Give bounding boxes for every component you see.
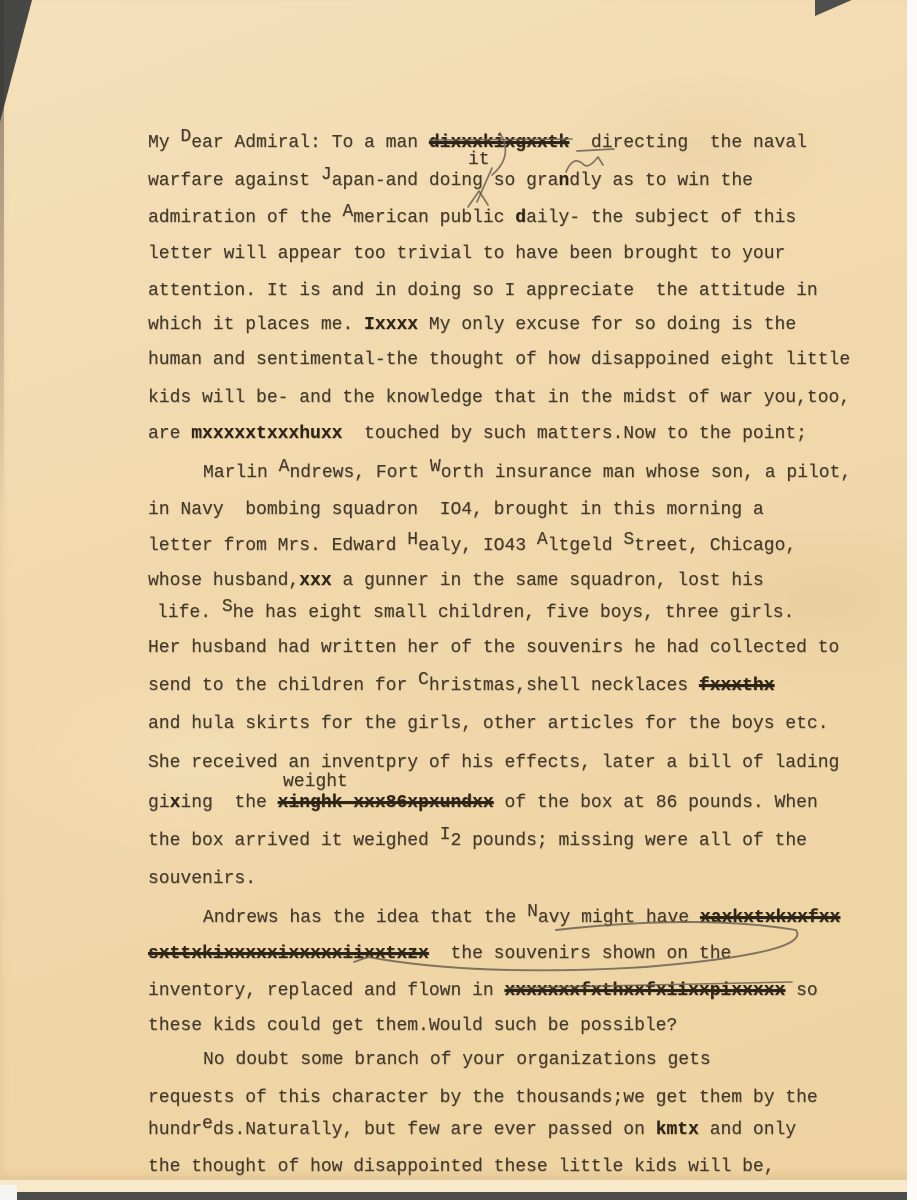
typed-line-16: send to the children for Christmas,shell… (148, 676, 775, 696)
typed-line-4: letter will appear too trivial to have b… (148, 244, 785, 264)
typed-line-23: sxttxkixxxxxixxxxxiixxtxzx the souvenirs… (148, 944, 731, 964)
typed-line-28: hundreds.Naturally, but few are ever pas… (148, 1120, 796, 1140)
typed-text: merican public (353, 208, 515, 228)
typed-text: whose husband, (148, 571, 299, 591)
typed-over-correction: n (558, 171, 569, 191)
typed-text: A (279, 457, 290, 477)
typed-text: avy might have (538, 908, 700, 928)
typed-text: the box arrived it weighed (148, 831, 440, 851)
typed-text: touched by such matters.Now to the point… (342, 424, 806, 444)
typed-text: he has eight small children, five boys, … (233, 603, 795, 623)
typed-line-29: the thought of how disappointed these li… (148, 1157, 775, 1177)
typed-text: A (342, 202, 353, 222)
typed-text: My (148, 133, 180, 153)
struck-out-text: xaxkxtxkxxfxx (700, 908, 840, 928)
typed-text: the thought of how disappointed these li… (148, 1157, 775, 1177)
typed-text: N (527, 902, 538, 922)
paper-sheet: My Dear Admiral: To a man dixxxkixgxxtk … (0, 0, 917, 1182)
typed-text: hundr (148, 1120, 202, 1140)
typed-over-correction: xxx (299, 571, 331, 591)
typed-over-correction: Ixxxx (364, 315, 418, 335)
typed-line-24: inventory, replaced and flown in xxxxxxx… (148, 981, 818, 1001)
typed-text: My only excuse for so doing is the (418, 315, 796, 335)
typed-text: send to the children for (148, 676, 418, 696)
inserted-word-it: it (468, 150, 490, 170)
typed-line-15: Her husband had written her of the souve… (148, 638, 839, 658)
typed-text: letter from Mrs. Edward (148, 536, 407, 556)
typed-text: in Navy bombing squadron IO4, brought in… (148, 500, 764, 520)
struck-out-text: dixxxkixgxxtk (429, 133, 569, 153)
typed-line-6: which it places me. Ixxxx My only excuse… (148, 315, 796, 335)
typed-text: ealy, IO43 (418, 536, 537, 556)
typed-text: No doubt some branch of your organizatio… (203, 1050, 711, 1070)
typed-text: S (623, 530, 634, 550)
typed-text: so (785, 981, 817, 1001)
typed-text: e (202, 1114, 213, 1134)
typed-text: orth insurance man whose son, a pilot, (441, 463, 851, 483)
typed-text: D (180, 127, 191, 147)
typed-text: treet, Chicago, (634, 536, 796, 556)
typed-text: souvenirs. (148, 869, 256, 889)
typed-text: Andrews has the idea that the (203, 908, 527, 928)
typed-text: dly as to win the (569, 171, 753, 191)
typed-line-20: the box arrived it weighed I2 pounds; mi… (148, 831, 807, 851)
typed-over-correction: d (515, 208, 526, 228)
typed-text: I (440, 825, 451, 845)
scanner-background-bottom (0, 1192, 917, 1200)
typed-over-correction: x (170, 793, 181, 813)
typed-text: ing the (180, 793, 277, 813)
typed-text: gi (148, 793, 170, 813)
typed-line-5: attention. It is and in doing so I appre… (148, 281, 818, 301)
typed-text: C (418, 670, 429, 690)
typed-text: admiration of the (148, 208, 342, 228)
struck-out-text: fxxxthx (699, 676, 775, 696)
typed-text: warfare against (148, 171, 321, 191)
typed-line-8: kids will be- and the knowledge that in … (148, 388, 850, 408)
paper-left-edge-shadow (0, 0, 4, 520)
struck-out-text: xinghk xxx86xpxundxx (278, 793, 494, 813)
typed-line-22: Andrews has the idea that the Navy might… (203, 908, 840, 928)
typed-text: ndrews, Fort (289, 463, 429, 483)
typed-text: these kids could get them.Would such be … (148, 1016, 677, 1036)
typed-text: directing the naval (569, 133, 807, 153)
typed-text: requests of this character by the thousa… (148, 1088, 818, 1108)
typed-text: 2 pounds; missing were all of the (450, 831, 806, 851)
typed-text: ltgeld (548, 536, 624, 556)
typed-text: attention. It is and in doing so I appre… (148, 281, 818, 301)
typed-over-correction: kmtx (656, 1120, 699, 1140)
typed-line-19: gixing the xinghk xxx86xpxundxx of the b… (148, 793, 818, 813)
typed-text: ear Admiral: To a man (191, 133, 429, 153)
struck-out-text: xxxxxxxfxthxxfxiixxpixxxxx (504, 981, 785, 1001)
typed-text: She received an inventpry of his effects… (148, 753, 839, 773)
inserted-word-weight: weight (283, 772, 348, 792)
typed-text: letter will appear too trivial to have b… (148, 244, 785, 264)
typed-text: Marlin (203, 463, 279, 483)
typed-line-2: warfare against Japan-and doing so grand… (148, 171, 753, 191)
typed-text: human and sentimental-the thought of how… (148, 350, 850, 370)
scan-right-edge (907, 0, 917, 1200)
typed-text: Her husband had written her of the souve… (148, 638, 839, 658)
typed-line-11: in Navy bombing squadron IO4, brought in… (148, 500, 764, 520)
typed-text: W (430, 457, 441, 477)
typed-text: a gunner in the same squadron, lost his (332, 571, 764, 591)
typed-over-correction: mxxxxxtxxxhuxx (191, 424, 342, 444)
scanned-letter-page: My Dear Admiral: To a man dixxxkixgxxtk … (0, 0, 917, 1200)
typed-line-9: are mxxxxxtxxxhuxx touched by such matte… (148, 424, 807, 444)
typed-text: S (222, 597, 233, 617)
typed-text: of the box at 86 pounds. When (494, 793, 818, 813)
typed-text: the souvenirs shown on the (429, 944, 731, 964)
typed-line-18: She received an inventpry of his effects… (148, 753, 839, 773)
typed-line-13: whose husband,xxx a gunner in the same s… (148, 571, 764, 591)
typed-text: A (537, 530, 548, 550)
typed-text: J (321, 165, 332, 185)
typed-line-21: souvenirs. (148, 869, 256, 889)
typed-line-12: letter from Mrs. Edward Healy, IO43 Altg… (148, 536, 796, 556)
typed-text: H (407, 530, 418, 550)
typed-text: inventory, replaced and flown in (148, 981, 504, 1001)
typed-line-7: human and sentimental-the thought of how… (148, 350, 850, 370)
typed-text: life. (157, 603, 222, 623)
typed-line-14: life. She has eight small children, five… (157, 603, 794, 623)
typed-line-3: admiration of the American public daily-… (148, 208, 796, 228)
typed-line-26: No doubt some branch of your organizatio… (203, 1050, 711, 1070)
typed-text: and only (699, 1120, 796, 1140)
typed-text: aily- the subject of this (526, 208, 796, 228)
typed-text: apan-and doing so gra (332, 171, 559, 191)
typed-text: are (148, 424, 191, 444)
typed-text: which it places me. (148, 315, 364, 335)
typed-line-25: these kids could get them.Would such be … (148, 1016, 677, 1036)
typed-text: ds.Naturally, but few are ever passed on (213, 1120, 656, 1140)
typed-text: kids will be- and the knowledge that in … (148, 388, 850, 408)
typed-text: and hula skirts for the girls, other art… (148, 714, 829, 734)
typed-line-10: Marlin Andrews, Fort Worth insurance man… (203, 463, 851, 483)
scan-corner-notch (0, 1185, 17, 1200)
typed-text: hristmas,shell necklaces (429, 676, 699, 696)
typed-line-17: and hula skirts for the girls, other art… (148, 714, 829, 734)
struck-out-text: sxttxkixxxxxixxxxxiixxtxzx (148, 944, 429, 964)
typed-line-27: requests of this character by the thousa… (148, 1088, 818, 1108)
